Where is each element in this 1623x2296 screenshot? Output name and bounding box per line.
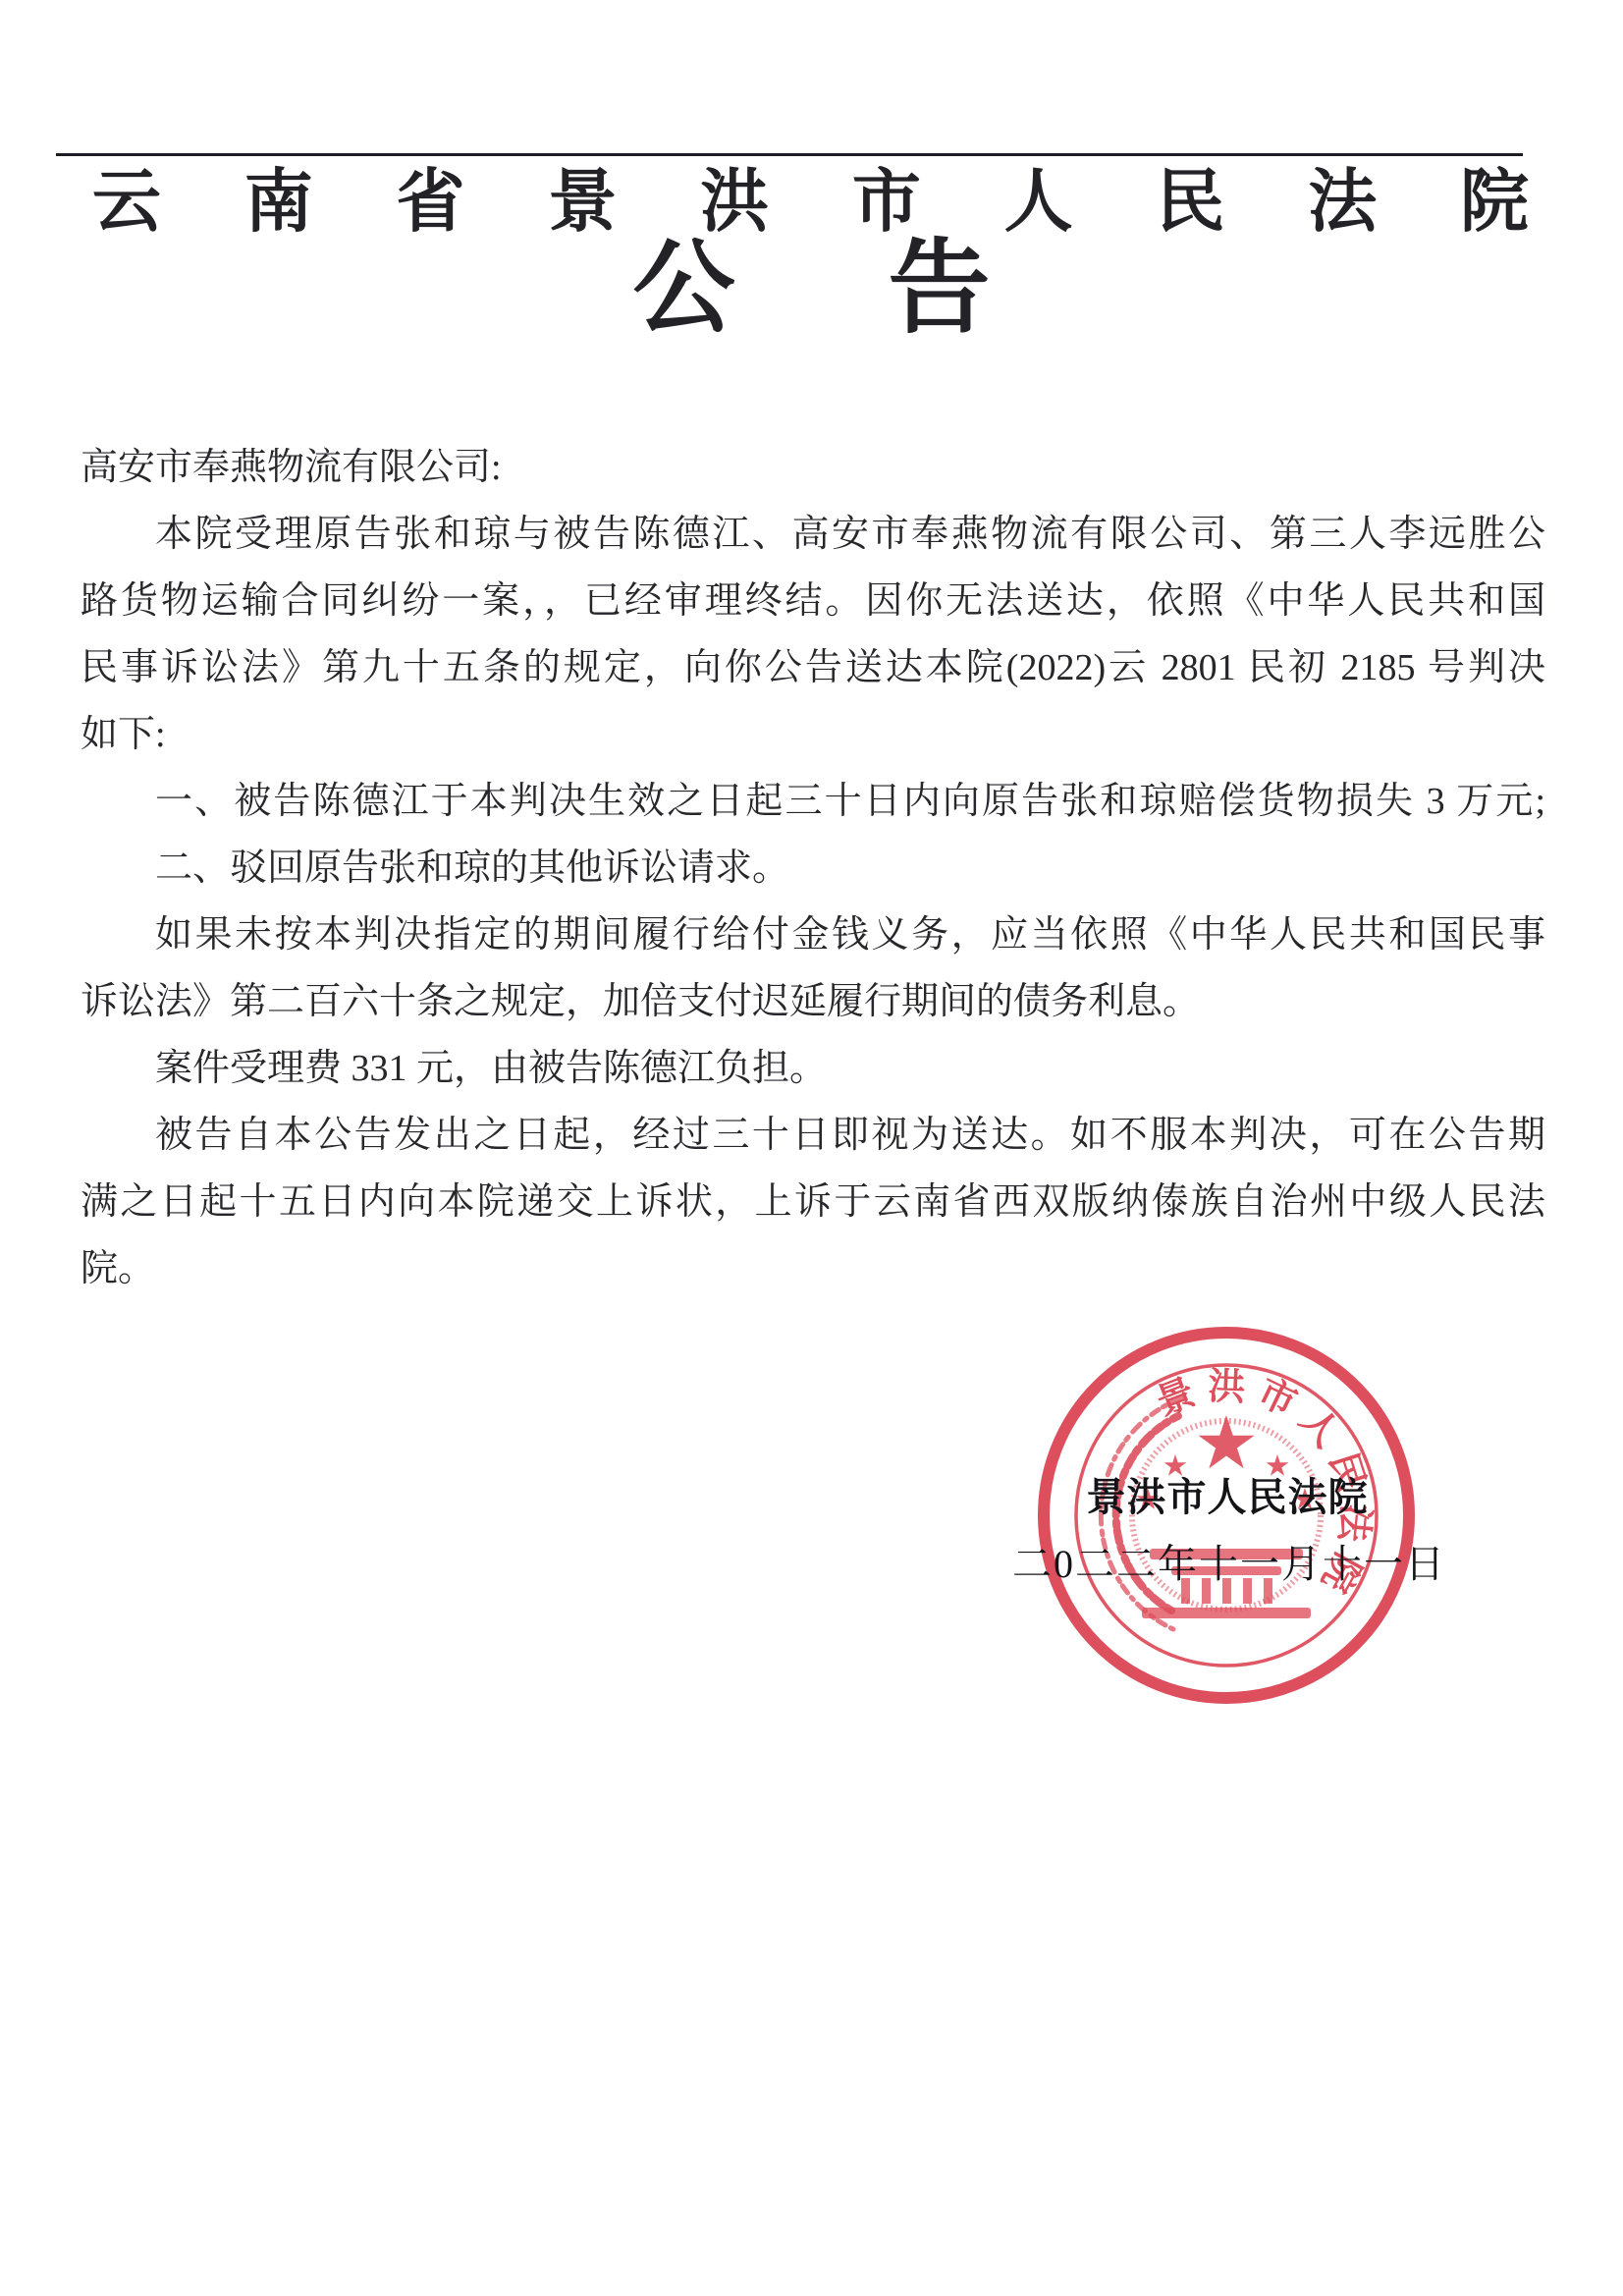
court-seal: 景洪市人民法院 [1030,1319,1423,1712]
body-line: 二、驳回原告张和琼的其他诉讼请求。 [81,835,1545,902]
header-rule [56,153,1523,156]
seal-court-name: 景洪市人民法院 [1085,1476,1370,1519]
body-line: 路货物运输合同纠纷一案，，已经审理终结。因你无法送达，依照《中华人民共和国 [81,568,1545,634]
seal-date: 二0二二年十一月十一日 [1012,1543,1464,1586]
body-line: 案件受理费 331 元，由被告陈德江负担。 [81,1035,1545,1102]
body-line: 满之日起十五日内向本院递交上诉状，上诉于云南省西双版纳傣族自治州中级人民法 [81,1169,1545,1235]
body-line: 院。 [81,1235,1545,1302]
body-line: 如下: [81,701,1545,768]
body-line: 一、被告陈德江于本判决生效之日起三十日内向原告张和琼赔偿货物损失 3 万元; [81,768,1545,835]
court-title: 云南省景洪市人民法院 [92,167,1529,240]
body-line: 本院受理原告张和琼与被告陈德江、高安市奉燕物流有限公司、第三人李远胜公 [81,501,1545,568]
body-line: 被告自本公告发出之日起，经过三十日即视为送达。如不服本判决，可在公告期 [81,1102,1545,1169]
body-line: 如果未按本判决指定的期间履行给付金钱义务，应当依照《中华人民共和国民事 [81,902,1545,968]
body-line-salutation: 高安市奉燕物流有限公司: [81,434,1545,501]
doc-type-title: 公告 [0,234,1623,346]
document-page: 云南省景洪市人民法院 公告 高安市奉燕物流有限公司: 本院受理原告张和琼与被告陈… [0,0,1623,2296]
body-line: 诉讼法》第二百六十条之规定，加倍支付迟延履行期间的债务利息。 [81,968,1545,1035]
body-line: 民事诉讼法》第九十五条的规定，向你公告送达本院(2022)云 2801 民初 2… [81,634,1545,701]
announcement-body: 高安市奉燕物流有限公司: 本院受理原告张和琼与被告陈德江、高安市奉燕物流有限公司… [81,434,1545,1302]
